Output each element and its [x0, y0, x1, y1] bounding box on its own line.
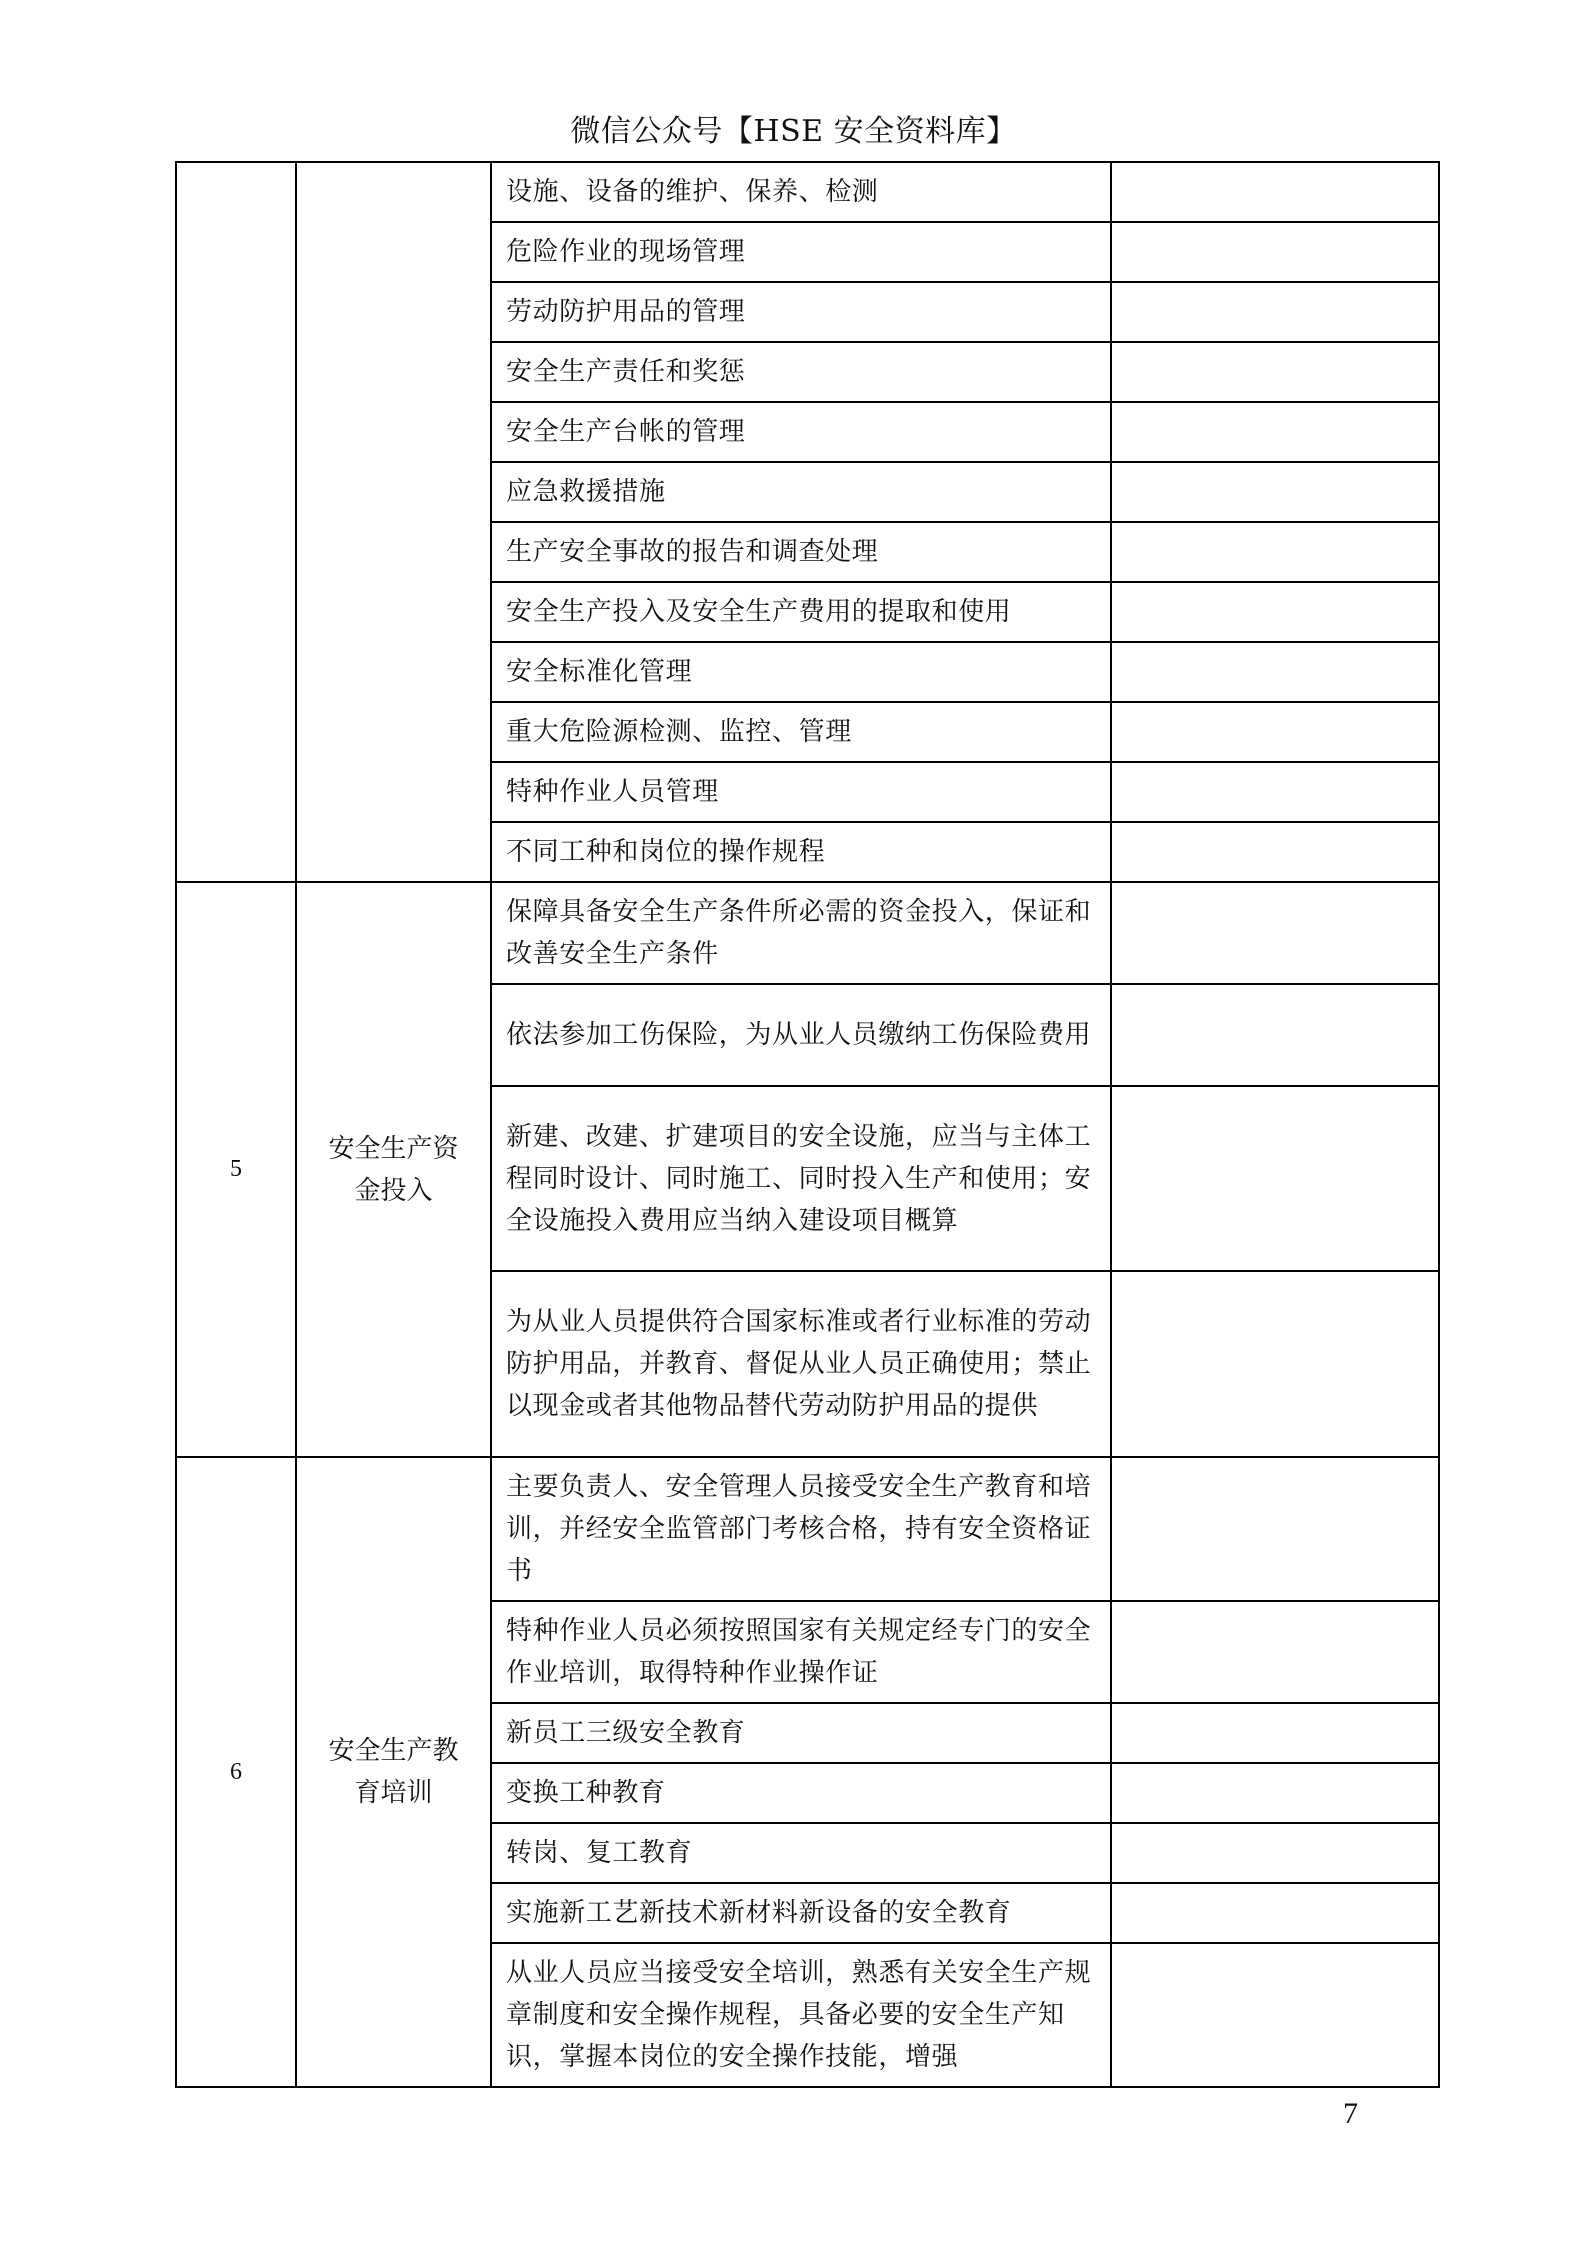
check-result-cell[interactable]: [1111, 1763, 1439, 1823]
check-result-cell[interactable]: [1111, 1086, 1439, 1271]
table-row: 设施、设备的维护、保养、检测: [176, 162, 1439, 222]
check-result-cell[interactable]: [1111, 1823, 1439, 1883]
check-result-cell[interactable]: [1111, 1271, 1439, 1457]
check-result-cell[interactable]: [1111, 702, 1439, 762]
checklist-table: 设施、设备的维护、保养、检测危险作业的现场管理劳动防护用品的管理安全生产责任和奖…: [175, 161, 1440, 2088]
check-content-cell: 变换工种教育: [491, 1763, 1111, 1823]
section-number-cell: 5: [176, 882, 296, 1457]
check-result-cell[interactable]: [1111, 1883, 1439, 1943]
section-item-label: 安全生产教育培训: [319, 1730, 469, 1814]
check-result-cell[interactable]: [1111, 1601, 1439, 1703]
check-result-cell[interactable]: [1111, 342, 1439, 402]
check-content-cell: 主要负责人、安全管理人员接受安全生产教育和培训，并经安全监管部门考核合格，持有安…: [491, 1457, 1111, 1601]
check-content-cell: 为从业人员提供符合国家标准或者行业标准的劳动防护用品，并教育、督促从业人员正确使…: [491, 1271, 1111, 1457]
table-row: 5安全生产资金投入保障具备安全生产条件所必需的资金投入，保证和改善安全生产条件: [176, 882, 1439, 984]
check-result-cell[interactable]: [1111, 642, 1439, 702]
section-item-label: 安全生产资金投入: [319, 1128, 469, 1212]
check-content-cell: 安全生产投入及安全生产费用的提取和使用: [491, 582, 1111, 642]
check-content-cell: 安全生产台帐的管理: [491, 402, 1111, 462]
table-row: 6安全生产教育培训主要负责人、安全管理人员接受安全生产教育和培训，并经安全监管部…: [176, 1457, 1439, 1601]
page-header: 微信公众号【HSE 安全资料库】: [0, 112, 1587, 152]
check-result-cell[interactable]: [1111, 522, 1439, 582]
check-result-cell[interactable]: [1111, 402, 1439, 462]
check-content-cell: 新建、改建、扩建项目的安全设施，应当与主体工程同时设计、同时施工、同时投入生产和…: [491, 1086, 1111, 1271]
check-content-cell: 保障具备安全生产条件所必需的资金投入，保证和改善安全生产条件: [491, 882, 1111, 984]
check-result-cell[interactable]: [1111, 282, 1439, 342]
check-result-cell[interactable]: [1111, 1943, 1439, 2087]
check-result-cell[interactable]: [1111, 222, 1439, 282]
section-number-cell: [176, 162, 296, 882]
check-result-cell[interactable]: [1111, 462, 1439, 522]
check-content-cell: 特种作业人员管理: [491, 762, 1111, 822]
check-content-cell: 转岗、复工教育: [491, 1823, 1111, 1883]
section-item-cell: 安全生产教育培训: [296, 1457, 491, 2087]
check-content-cell: 危险作业的现场管理: [491, 222, 1111, 282]
check-content-cell: 新员工三级安全教育: [491, 1703, 1111, 1763]
check-content-cell: 依法参加工伤保险，为从业人员缴纳工伤保险费用: [491, 984, 1111, 1086]
section-item-cell: [296, 162, 491, 882]
check-content-cell: 应急救援措施: [491, 462, 1111, 522]
check-content-cell: 从业人员应当接受安全培训，熟悉有关安全生产规章制度和安全操作规程，具备必要的安全…: [491, 1943, 1111, 2087]
check-content-cell: 特种作业人员必须按照国家有关规定经专门的安全作业培训，取得特种作业操作证: [491, 1601, 1111, 1703]
page-number: 7: [1343, 2097, 1358, 2131]
check-result-cell[interactable]: [1111, 162, 1439, 222]
section-item-cell: 安全生产资金投入: [296, 882, 491, 1457]
check-result-cell[interactable]: [1111, 822, 1439, 882]
check-content-cell: 生产安全事故的报告和调查处理: [491, 522, 1111, 582]
check-content-cell: 安全标准化管理: [491, 642, 1111, 702]
check-result-cell[interactable]: [1111, 762, 1439, 822]
check-result-cell[interactable]: [1111, 882, 1439, 984]
check-content-cell: 劳动防护用品的管理: [491, 282, 1111, 342]
check-content-cell: 安全生产责任和奖惩: [491, 342, 1111, 402]
check-content-cell: 实施新工艺新技术新材料新设备的安全教育: [491, 1883, 1111, 1943]
check-result-cell[interactable]: [1111, 1703, 1439, 1763]
check-content-cell: 重大危险源检测、监控、管理: [491, 702, 1111, 762]
check-result-cell[interactable]: [1111, 582, 1439, 642]
check-result-cell[interactable]: [1111, 984, 1439, 1086]
section-number-cell: 6: [176, 1457, 296, 2087]
check-content-cell: 不同工种和岗位的操作规程: [491, 822, 1111, 882]
check-result-cell[interactable]: [1111, 1457, 1439, 1601]
check-content-cell: 设施、设备的维护、保养、检测: [491, 162, 1111, 222]
